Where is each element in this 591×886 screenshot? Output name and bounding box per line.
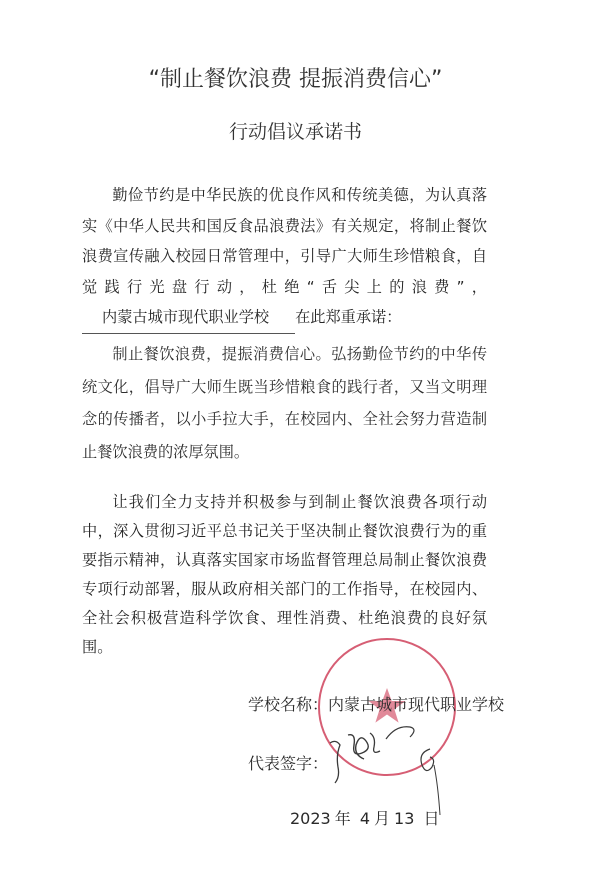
date-day-unit: 日 bbox=[423, 809, 439, 828]
representative-signature-label: 代表签字： bbox=[248, 754, 328, 773]
document-title: “制止餐饮浪费 提振消费信心” bbox=[0, 62, 591, 93]
document-subtitle: 行动倡议承诺书 bbox=[0, 117, 591, 144]
paragraph-intro-text: 勤俭节约是中华民族的优良作风和传统美德，为认真落实《中华人民共和国反食品浪费法》… bbox=[82, 186, 487, 296]
date-year: 2023 bbox=[290, 809, 331, 828]
date-month-unit: 月 bbox=[374, 809, 390, 828]
school-name-label: 学校名称： bbox=[248, 695, 328, 714]
sign-date: 2023年 4月13 日 bbox=[290, 806, 444, 829]
representative-signature-line: 代表签字： bbox=[248, 751, 328, 774]
date-year-unit: 年 bbox=[335, 809, 351, 828]
paragraph-call-to-action: 让我们全力支持并积极参与到制止餐饮浪费各项行动中，深入贯彻习近平总书记关于坚决制… bbox=[82, 488, 487, 662]
paragraph-intro: 勤俭节约是中华民族的优良作风和传统美德，为认真落实《中华人民共和国反食品浪费法》… bbox=[82, 180, 487, 334]
school-name-fill: 内蒙古城市现代职业学校 bbox=[82, 302, 295, 334]
school-name-line: 学校名称：内蒙古城市现代职业学校 bbox=[248, 692, 504, 715]
school-name-value: 内蒙古城市现代职业学校 bbox=[328, 695, 504, 714]
date-month: 4 bbox=[360, 809, 370, 828]
paragraph-pledge: 制止餐饮浪费，提振消费信心。弘扬勤俭节约的中华传统文化，倡导广大师生既当珍惜粮食… bbox=[82, 338, 487, 468]
date-day: 13 bbox=[394, 809, 414, 828]
paragraph-intro-pledge: 在此郑重承诺： bbox=[295, 308, 401, 326]
